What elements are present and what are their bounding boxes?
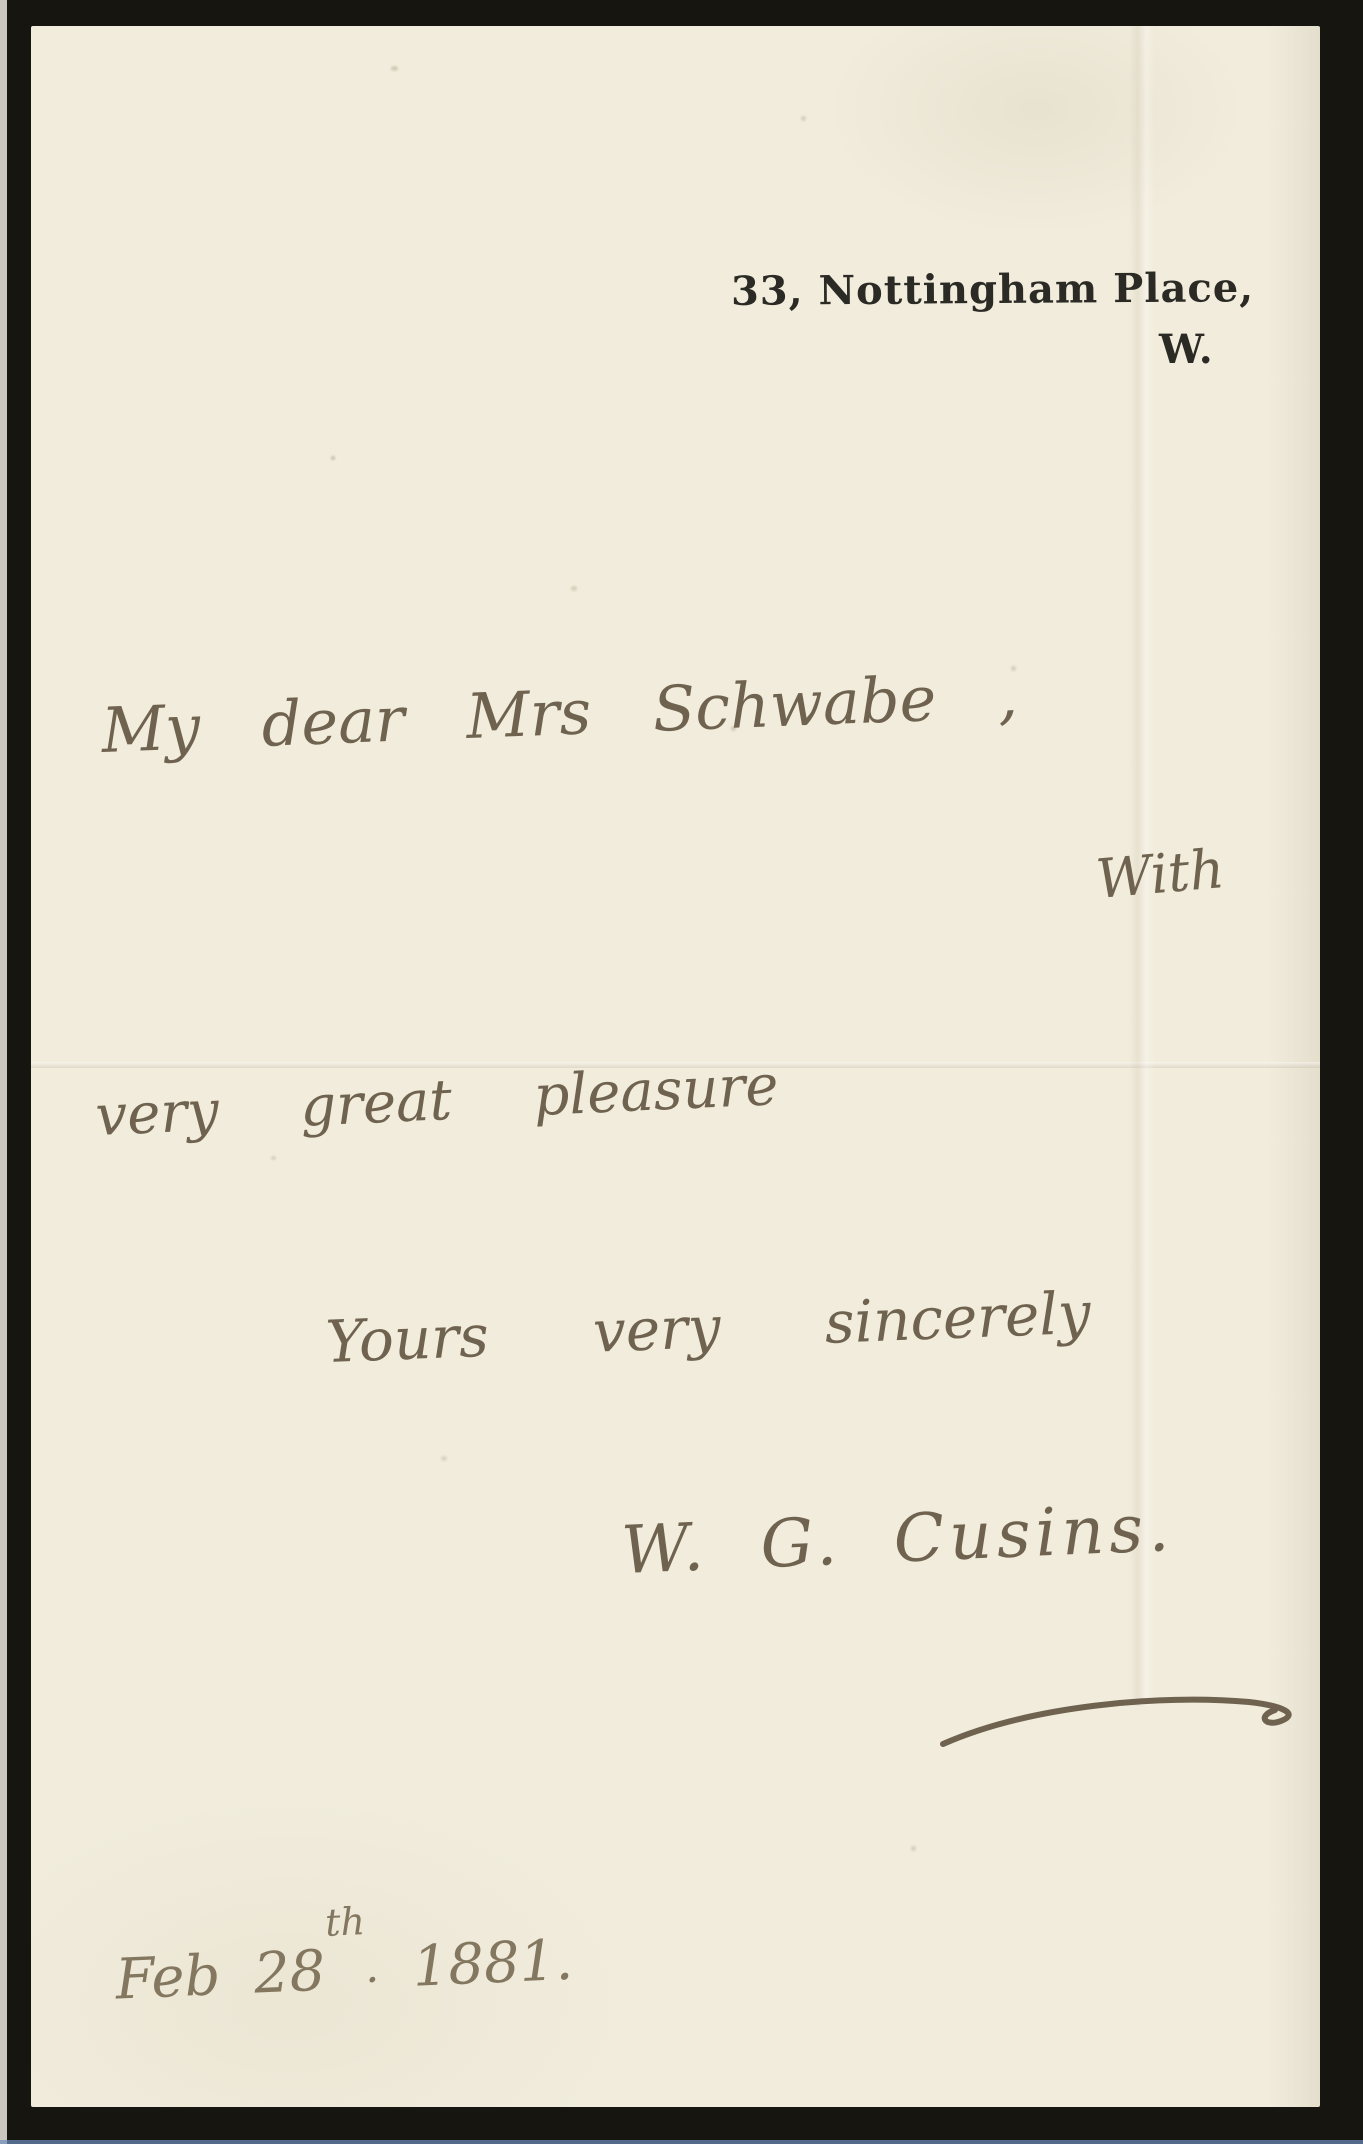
scan-edge-sliver: [0, 0, 7, 2144]
foxing-speck: [271, 1156, 276, 1160]
signature: W. G. Cusins.: [620, 1489, 1176, 1589]
scanner-edge-line: [0, 2140, 1363, 2144]
date-month-day: Feb 28: [114, 1939, 326, 2013]
signature-flourish-icon: [939, 1678, 1319, 1762]
foxing-speck: [441, 1456, 447, 1461]
date-year: 1881.: [411, 1928, 574, 2000]
foxing-speck: [911, 1846, 916, 1851]
date-ordinal: th: [324, 1899, 366, 1945]
date-separator: .: [364, 1941, 380, 1993]
letter-scan: 33, Nottingham Place, W. My dear Mrs Sch…: [0, 0, 1363, 2144]
letter-paper: 33, Nottingham Place, W. My dear Mrs Sch…: [31, 26, 1320, 2107]
foxing-speck: [391, 66, 398, 71]
letterhead-address: 33, Nottingham Place,: [731, 264, 1254, 315]
foxing-speck: [801, 116, 806, 121]
letterhead-district: W.: [1159, 326, 1214, 373]
foxing-speck: [331, 456, 335, 460]
foxing-speck: [571, 586, 577, 591]
closing: Yours very sincerely: [324, 1279, 1091, 1376]
body-line-1: With: [1094, 837, 1227, 911]
date-line: Feb 28th. 1881.: [114, 1924, 574, 2013]
salutation: My dear Mrs Schwabe ,: [100, 659, 1019, 767]
